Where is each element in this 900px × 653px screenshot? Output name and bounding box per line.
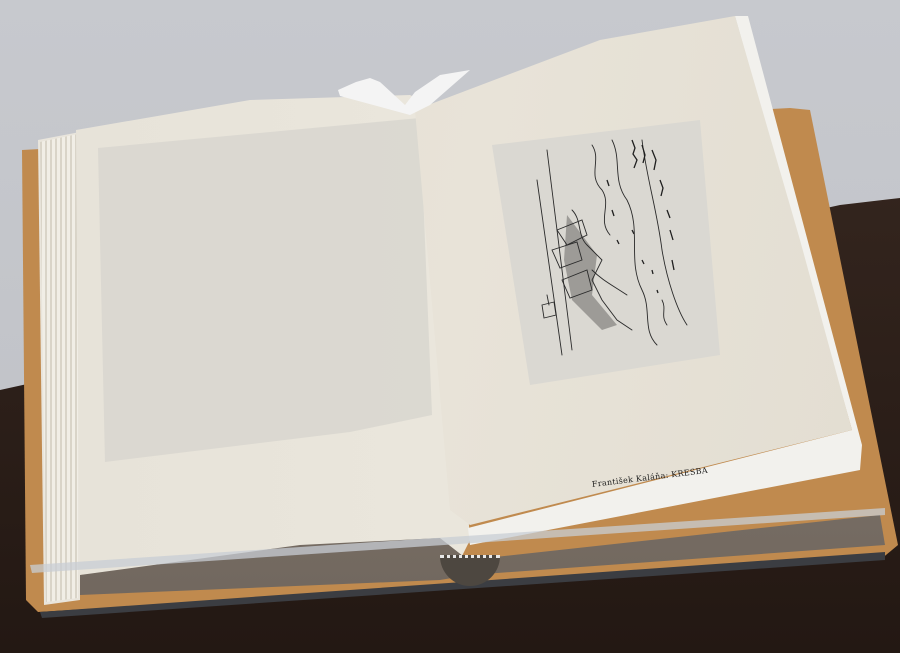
photo-scene: František Kaláňa: KRESBA [0, 0, 900, 653]
ink-landscape-drawing [492, 120, 722, 360]
